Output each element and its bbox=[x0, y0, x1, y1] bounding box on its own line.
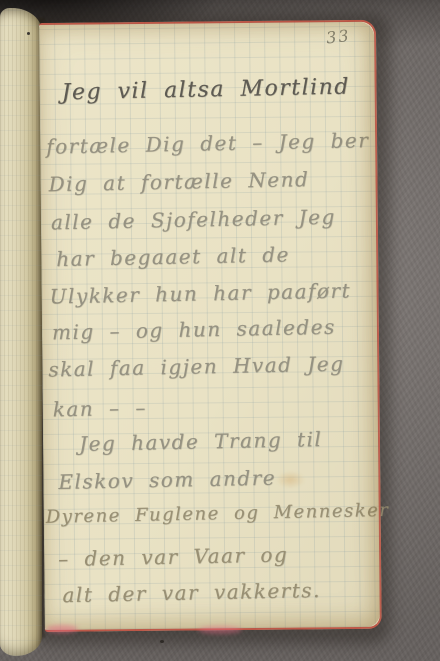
handwriting-line: har begaaet alt de bbox=[56, 242, 290, 271]
handwriting-line: Dyrene Fuglene og Mennesker bbox=[46, 500, 390, 528]
pink-smudge bbox=[198, 626, 242, 634]
handwriting-line: alt der var vakkerts. bbox=[62, 578, 321, 607]
left-page-stack-fore-edge bbox=[0, 8, 42, 656]
handwriting-line: Ulykker hun har paaført bbox=[49, 278, 351, 308]
handwriting-line: fortæle Dig det – Jeg ber bbox=[46, 128, 370, 158]
notebook-page: 33 Jeg vil altsa Mortlind fortæle Dig de… bbox=[39, 20, 382, 632]
dust-speck bbox=[27, 32, 30, 35]
handwriting-line: alle de Sjofelheder Jeg bbox=[51, 205, 336, 235]
handwriting-line: – den var Vaar og bbox=[58, 542, 289, 571]
handwritten-manuscript: Jeg vil altsa Mortlind fortæle Dig det –… bbox=[39, 22, 380, 630]
handwriting-line: Elskov som andre bbox=[58, 466, 276, 494]
dust-speck bbox=[160, 640, 164, 643]
handwriting-line: Jeg havde Trang til bbox=[79, 427, 323, 456]
photographed-notebook-scene: 33 Jeg vil altsa Mortlind fortæle Dig de… bbox=[0, 0, 440, 661]
handwriting-line: kan – – bbox=[52, 395, 147, 421]
handwriting-line: Jeg vil altsa Mortlind bbox=[61, 75, 350, 106]
handwriting-line: Dig at fortælle Nend bbox=[48, 167, 309, 196]
handwriting-line: skal faa igjen Hvad Jeg bbox=[48, 352, 345, 382]
handwriting-line: mig – og hun saaledes bbox=[52, 315, 336, 345]
pink-smudge bbox=[46, 625, 78, 633]
